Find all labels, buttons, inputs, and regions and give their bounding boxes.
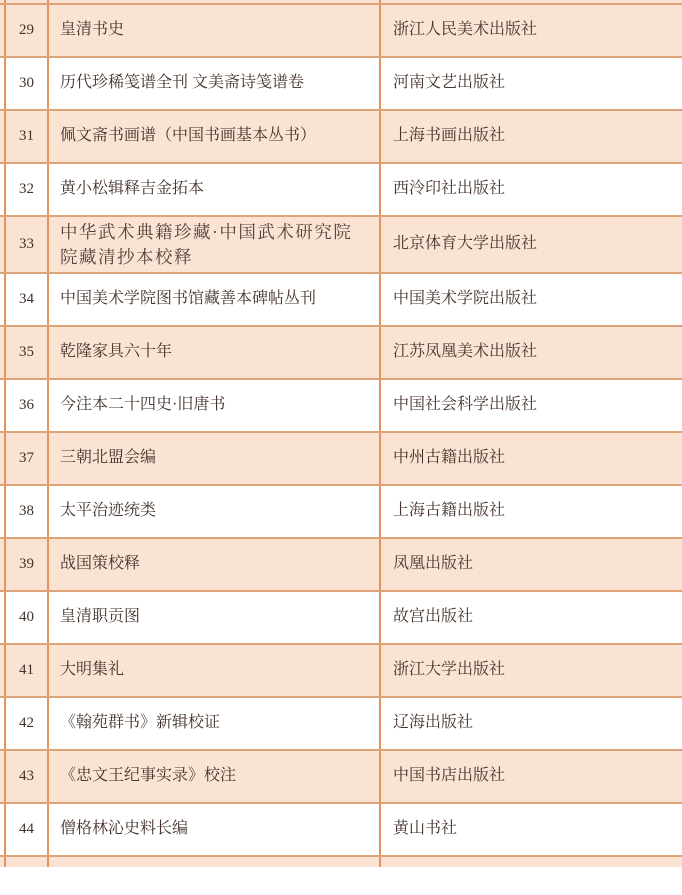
book-title-cell: 皇清书史 <box>48 4 380 57</box>
book-title-cell: 今注本二十四史·旧唐书 <box>48 379 380 432</box>
table-row: 35 乾隆家具六十年 江苏凤凰美术出版社 <box>0 326 682 379</box>
book-title-cell: 《忠文王纪事实录》校注 <box>48 750 380 803</box>
row-number-cell: 44 <box>5 803 48 856</box>
row-number-cell: 35 <box>5 326 48 379</box>
book-title-cell: 战国策校释 <box>48 538 380 591</box>
book-title-cell: 中国美术学院图书馆藏善本碑帖丛刊 <box>48 273 380 326</box>
row-number-cell <box>5 856 48 867</box>
row-number-cell: 29 <box>5 4 48 57</box>
row-number-cell: 32 <box>5 163 48 216</box>
table-row: 31 佩文斋书画谱（中国书画基本丛书） 上海书画出版社 <box>0 110 682 163</box>
publisher-cell: 西泠印社出版社 <box>380 163 682 216</box>
row-number-cell: 36 <box>5 379 48 432</box>
book-title-cell: 三朝北盟会编 <box>48 432 380 485</box>
book-list-table: 29 皇清书史 浙江人民美术出版社 30 历代珍稀笺谱全刊 文美斋诗笺谱卷 河南… <box>0 0 682 867</box>
publisher-cell: 中国书店出版社 <box>380 750 682 803</box>
book-title-cell <box>48 856 380 867</box>
row-number-cell: 37 <box>5 432 48 485</box>
publisher-cell: 中国美术学院出版社 <box>380 273 682 326</box>
table-row: 37 三朝北盟会编 中州古籍出版社 <box>0 432 682 485</box>
book-list-foot <box>0 856 682 867</box>
book-list-body: 29 皇清书史 浙江人民美术出版社 30 历代珍稀笺谱全刊 文美斋诗笺谱卷 河南… <box>0 0 682 856</box>
row-number-cell: 40 <box>5 591 48 644</box>
publisher-cell: 江苏凤凰美术出版社 <box>380 326 682 379</box>
book-title-cell: 僧格林沁史料长编 <box>48 803 380 856</box>
book-title-cell: 历代珍稀笺谱全刊 文美斋诗笺谱卷 <box>48 57 380 110</box>
table-row: 36 今注本二十四史·旧唐书 中国社会科学出版社 <box>0 379 682 432</box>
table-row: 40 皇清职贡图 故宫出版社 <box>0 591 682 644</box>
table-row: 29 皇清书史 浙江人民美术出版社 <box>0 4 682 57</box>
publisher-cell: 辽海出版社 <box>380 697 682 750</box>
row-number-cell: 43 <box>5 750 48 803</box>
table-row: 38 太平治迹统类 上海古籍出版社 <box>0 485 682 538</box>
book-title-cell: 乾隆家具六十年 <box>48 326 380 379</box>
publisher-cell <box>380 856 682 867</box>
row-number-cell: 41 <box>5 644 48 697</box>
publisher-cell: 中国社会科学出版社 <box>380 379 682 432</box>
publisher-cell: 浙江人民美术出版社 <box>380 4 682 57</box>
publisher-cell: 上海古籍出版社 <box>380 485 682 538</box>
row-number-cell: 33 <box>5 216 48 273</box>
table-row: 44 僧格林沁史料长编 黄山书社 <box>0 803 682 856</box>
row-number-cell: 42 <box>5 697 48 750</box>
table-row: 33 中华武术典籍珍藏·中国武术研究院院藏清抄本校释 北京体育大学出版社 <box>0 216 682 273</box>
publisher-cell: 上海书画出版社 <box>380 110 682 163</box>
book-title-cell: 皇清职贡图 <box>48 591 380 644</box>
publisher-cell: 北京体育大学出版社 <box>380 216 682 273</box>
publisher-cell: 中州古籍出版社 <box>380 432 682 485</box>
publisher-cell: 浙江大学出版社 <box>380 644 682 697</box>
book-title-cell: 太平治迹统类 <box>48 485 380 538</box>
table-row: 32 黄小松辑释吉金拓本 西泠印社出版社 <box>0 163 682 216</box>
book-title-cell: 大明集礼 <box>48 644 380 697</box>
publisher-cell: 故宫出版社 <box>380 591 682 644</box>
publisher-cell: 河南文艺出版社 <box>380 57 682 110</box>
publisher-cell: 黄山书社 <box>380 803 682 856</box>
table-row: 39 战国策校释 凤凰出版社 <box>0 538 682 591</box>
book-title-cell: 《翰苑群书》新辑校证 <box>48 697 380 750</box>
partial-row-bottom <box>0 856 682 867</box>
row-number-cell: 39 <box>5 538 48 591</box>
book-title-cell: 黄小松辑释吉金拓本 <box>48 163 380 216</box>
book-title-cell: 佩文斋书画谱（中国书画基本丛书） <box>48 110 380 163</box>
row-number-cell: 34 <box>5 273 48 326</box>
row-number-cell: 31 <box>5 110 48 163</box>
book-title-cell: 中华武术典籍珍藏·中国武术研究院院藏清抄本校释 <box>48 216 380 273</box>
table-row: 41 大明集礼 浙江大学出版社 <box>0 644 682 697</box>
row-number-cell: 38 <box>5 485 48 538</box>
table-row: 30 历代珍稀笺谱全刊 文美斋诗笺谱卷 河南文艺出版社 <box>0 57 682 110</box>
row-number-cell: 30 <box>5 57 48 110</box>
table-row: 34 中国美术学院图书馆藏善本碑帖丛刊 中国美术学院出版社 <box>0 273 682 326</box>
publisher-cell: 凤凰出版社 <box>380 538 682 591</box>
table-row: 43 《忠文王纪事实录》校注 中国书店出版社 <box>0 750 682 803</box>
table-row: 42 《翰苑群书》新辑校证 辽海出版社 <box>0 697 682 750</box>
